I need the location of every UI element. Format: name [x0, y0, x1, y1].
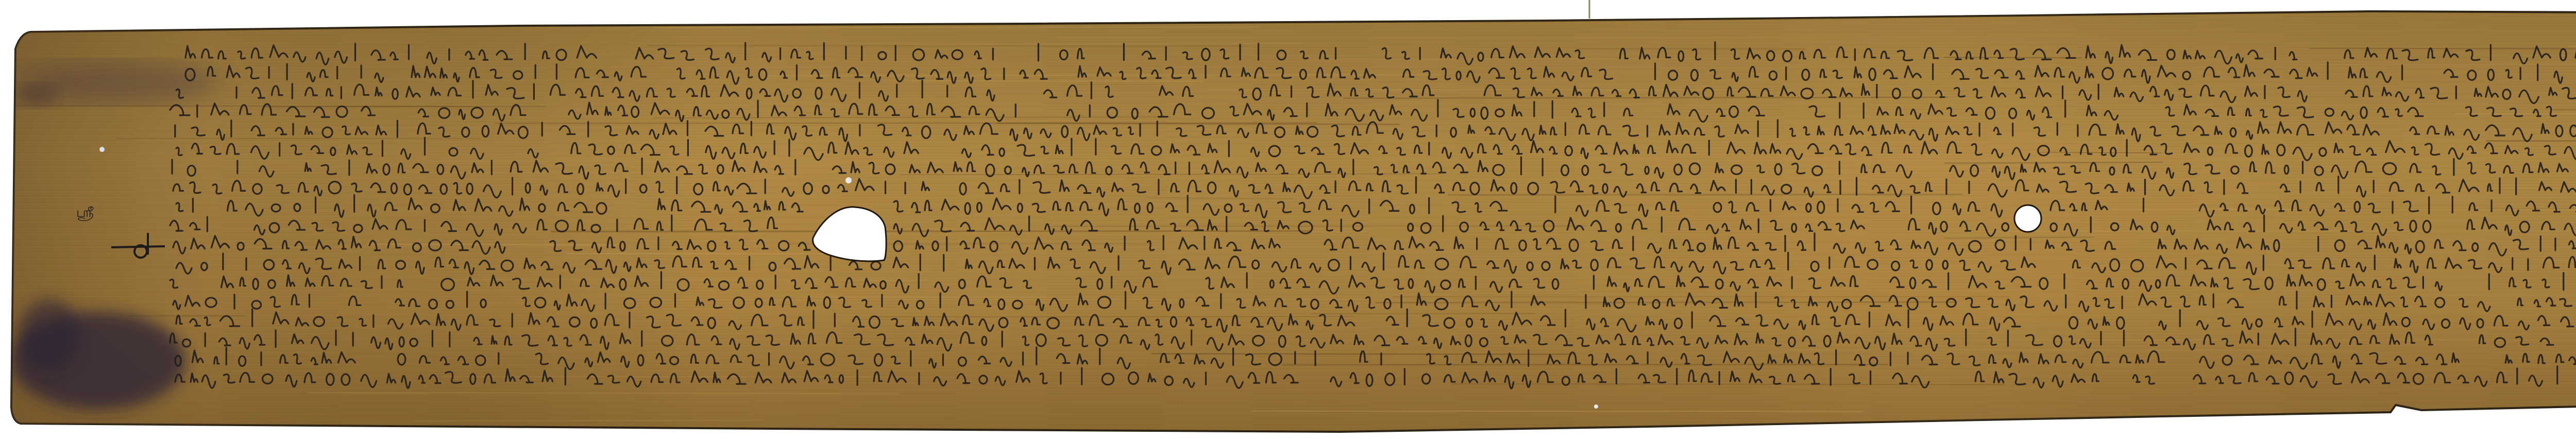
pinhole — [845, 177, 852, 183]
pinhole — [1594, 404, 1598, 409]
margin-note: ஶ்ரீ — [76, 205, 94, 222]
right-string-hole — [2014, 205, 2041, 232]
manuscript-scan: ஶ்ரீ 559 560 — [0, 0, 2576, 439]
pinhole — [99, 147, 105, 152]
palm-leaf — [0, 0, 2576, 439]
